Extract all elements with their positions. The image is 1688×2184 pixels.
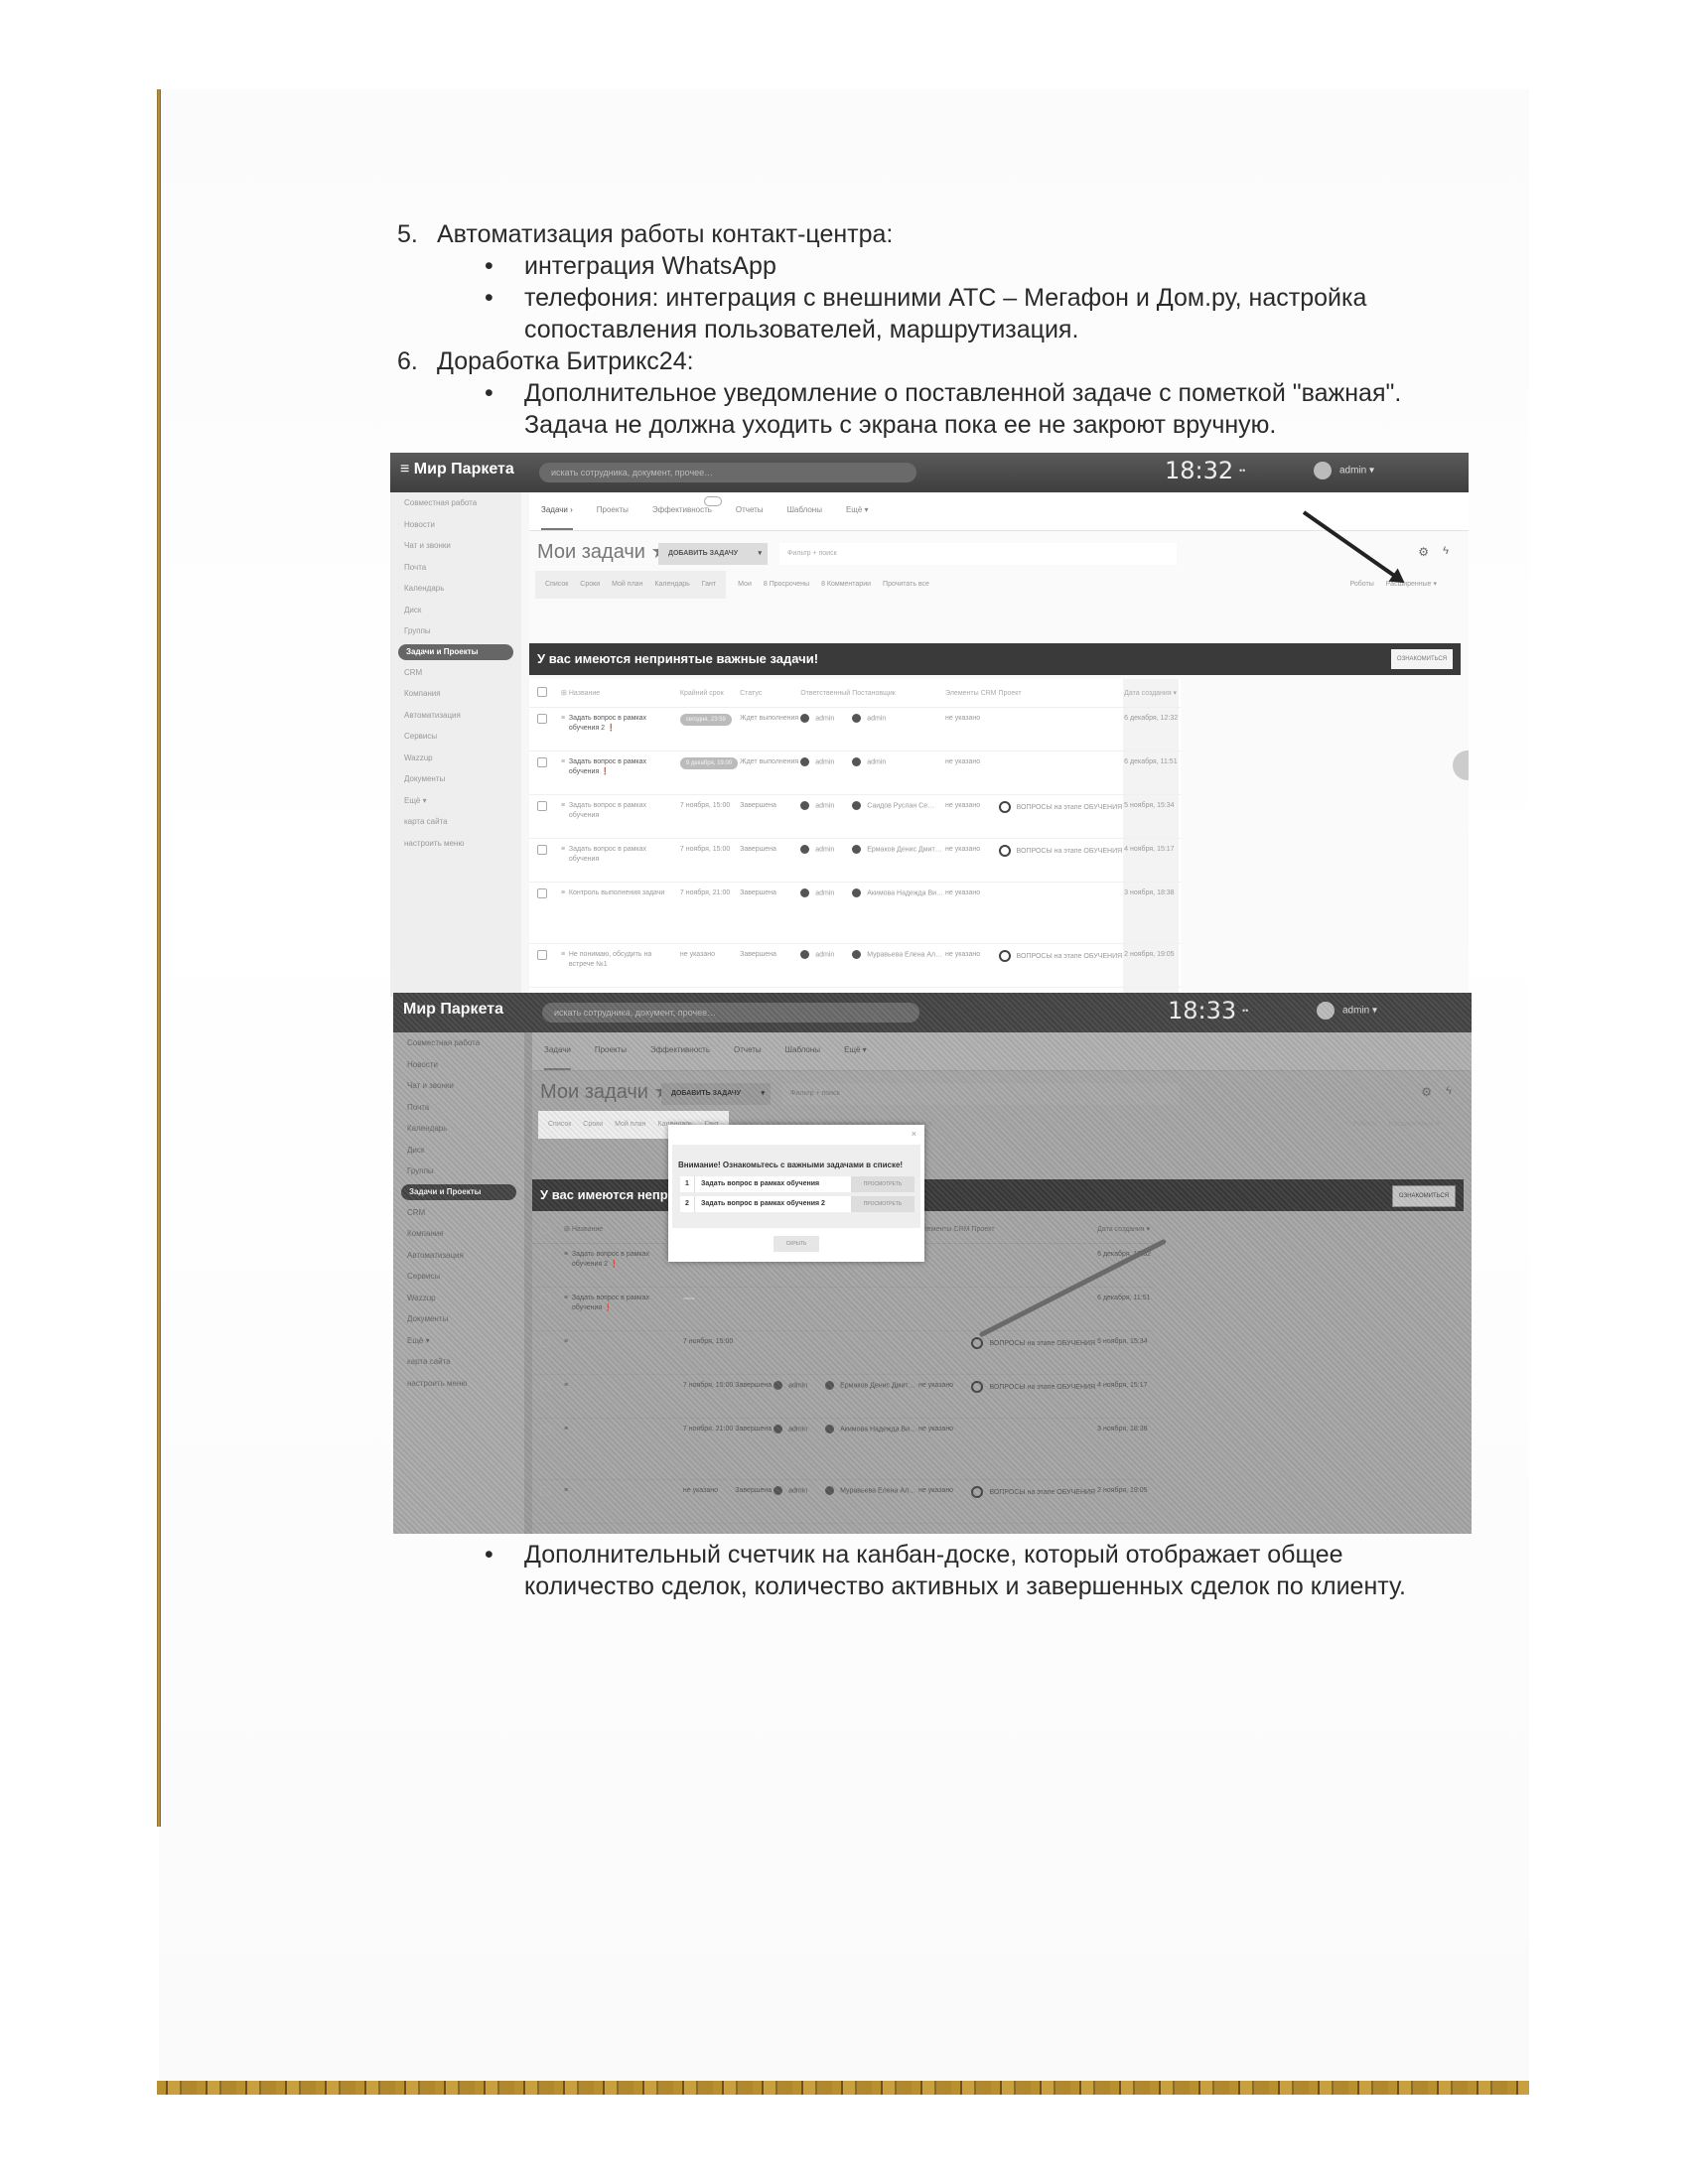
sidebar: Совместная работаНовостиЧат и звонкиПочт…: [393, 1032, 524, 1534]
menu-icon[interactable]: ≡: [563, 1480, 571, 1524]
project-icon: [971, 1337, 983, 1349]
task-crm: не указано: [944, 708, 997, 751]
tab-item[interactable]: Эффективность: [650, 1032, 710, 1068]
search-input[interactable]: искать сотрудника, документ, прочее…: [539, 463, 916, 482]
sidebar-item[interactable]: Автоматизация: [393, 1245, 524, 1267]
task-name[interactable]: [571, 1419, 682, 1480]
task-name[interactable]: Задать вопрос в рамках обучения: [568, 839, 679, 883]
task-deadline: 7 ноября, 15:00: [682, 1375, 734, 1419]
task-creator[interactable]: admin: [851, 751, 944, 795]
search-input[interactable]: искать сотрудника, документ, прочее…: [542, 1003, 919, 1023]
table-row[interactable]: ≡Задать вопрос в рамках обучения ❗9 дека…: [529, 751, 1181, 795]
view-switcher: СписокСрокиМой планКалендарьГантМои8 Про…: [529, 571, 1469, 599]
modal-body: Внимание! Ознакомьтесь с важными задачам…: [672, 1145, 920, 1228]
task-status: Ждет выполнения: [739, 708, 799, 751]
menu-icon[interactable]: ≡: [560, 944, 568, 988]
view-task-button[interactable]: ПРОСМОТРЕТЬ: [851, 1176, 914, 1192]
sidebar-item[interactable]: Автоматизация: [390, 705, 521, 727]
view-mode-tab[interactable]: Сроки: [583, 1111, 603, 1139]
task-name[interactable]: Задать вопрос в рамках обучения 2 ❗: [568, 708, 679, 751]
task-name[interactable]: Задать вопрос в рамках обучения ❗: [571, 1288, 682, 1331]
sidebar-item[interactable]: Чат и звонки: [390, 535, 521, 557]
task-project[interactable]: ВОПРОСЫ на этапе ОБУЧЕНИЯ: [970, 1375, 1096, 1419]
row-checkbox[interactable]: [529, 751, 560, 795]
avatar-icon: [800, 801, 809, 810]
task-responsible[interactable]: admin: [799, 751, 851, 795]
select-all-checkbox[interactable]: [529, 679, 560, 708]
task-crm: не указано: [944, 751, 997, 795]
checkbox-icon: [537, 714, 547, 724]
screenshot-important-modal: Мир Паркета искать сотрудника, документ,…: [393, 993, 1472, 1534]
project-name: ВОПРОСЫ на этапе ОБУЧЕНИЯ: [1017, 848, 1123, 855]
sidebar-item[interactable]: Новости: [393, 1054, 524, 1076]
sidebar-item[interactable]: Компания: [393, 1223, 524, 1245]
view-mode-tab[interactable]: Сроки: [580, 571, 600, 599]
menu-icon[interactable]: ≡: [560, 883, 568, 944]
task-responsible[interactable]: admin: [773, 1375, 824, 1419]
sidebar-item[interactable]: Совместная работа: [390, 492, 521, 514]
task-created: 4 ноября, 15:17: [1123, 839, 1179, 883]
sidebar-item[interactable]: Группы: [390, 620, 521, 642]
tab-item[interactable]: Проекты: [597, 492, 629, 528]
user-name: Акимова Надежда Ви…: [840, 1426, 916, 1433]
tab-item[interactable]: Задачи: [544, 1032, 571, 1070]
row-checkbox[interactable]: [529, 795, 560, 839]
table-row[interactable]: ≡Не понимаю, обсудить на встрече №1не ук…: [529, 944, 1181, 988]
task-deadline: 7 ноября, 15:00: [682, 1331, 734, 1375]
menu-icon[interactable]: ≡: [560, 795, 568, 839]
wood-edge-bottom: [157, 2081, 1529, 2095]
user-name: admin: [815, 889, 834, 896]
sidebar-item[interactable]: Ещё ▾: [390, 790, 521, 812]
task-status: Ждет выполнения: [739, 751, 799, 795]
task-name[interactable]: Не понимаю, обсудить на встрече №1: [568, 944, 679, 988]
avatar-icon: [1314, 462, 1332, 479]
main-content: Задачи ›ПроектыЭффективностьОтчетыШаблон…: [529, 492, 1469, 997]
task-project[interactable]: ВОПРОСЫ на этапе ОБУЧЕНИЯ: [970, 1480, 1096, 1524]
tab-item[interactable]: Задачи ›: [541, 492, 573, 530]
project-icon: [971, 1381, 983, 1393]
menu-icon[interactable]: ≡: [563, 1375, 571, 1419]
sidebar-item[interactable]: Сервисы: [390, 726, 521, 748]
list-item-6: 6. Доработка Битрикс24:: [397, 345, 1450, 377]
menu-icon[interactable]: ≡: [563, 1331, 571, 1375]
table-row[interactable]: ≡7 ноября, 21:00ЗавершенаadminАкимова На…: [532, 1419, 1154, 1480]
task-project[interactable]: ВОПРОСЫ на этапе ОБУЧЕНИЯ: [998, 944, 1124, 988]
row-checkbox[interactable]: [532, 1419, 563, 1480]
checkbox-icon: [537, 757, 547, 767]
extra-col: [1152, 1419, 1154, 1480]
view-mode-tab[interactable]: Гант: [702, 571, 716, 599]
task-deadline: 7 ноября, 21:00: [679, 883, 739, 944]
sidebar-item[interactable]: CRM: [393, 1202, 524, 1224]
clock-menu-icon[interactable]: ••: [1239, 466, 1245, 476]
checkbox-icon: [540, 1486, 550, 1496]
sidebar: Совместная работаНовостиЧат и звонкиПочт…: [390, 492, 521, 997]
row-checkbox[interactable]: [532, 1480, 563, 1524]
task-status: Завершена: [739, 883, 799, 944]
task-name[interactable]: [571, 1331, 682, 1375]
page-title: Мои задачи ★: [537, 539, 668, 564]
hide-button[interactable]: СКРЫТЬ: [774, 1236, 819, 1252]
project-icon: [999, 801, 1011, 813]
sidebar-item[interactable]: Календарь: [390, 578, 521, 600]
task-creator[interactable]: [824, 1331, 917, 1375]
user-name: Ермаков Денис Дмит…: [867, 846, 942, 853]
task-status: Завершена: [734, 1480, 773, 1524]
menu-icon[interactable]: ≡: [563, 1244, 571, 1288]
modal-task-row: 1Задать вопрос в рамках обучения ПРОСМОТ…: [680, 1176, 914, 1192]
page-title: Мои задачи ★: [540, 1079, 671, 1104]
view-mode-tab[interactable]: Мой план: [612, 571, 642, 599]
avatar-icon: [852, 801, 861, 810]
avatar-icon: [800, 888, 809, 897]
acknowledge-button[interactable]: ОЗНАКОМИТЬСЯ: [1391, 649, 1453, 669]
user-menu[interactable]: admin ▾: [1314, 462, 1374, 479]
task-deadline: 7 ноября, 21:00: [682, 1419, 734, 1480]
task-responsible[interactable]: admin: [799, 708, 851, 751]
bullet-text: интеграция WhatsApp: [524, 252, 776, 280]
task-creator[interactable]: Ермаков Денис Дмит…: [824, 1375, 917, 1419]
task-creator[interactable]: Саидов Руслан Се…: [851, 795, 944, 839]
task-created: 3 ноября, 18:38: [1123, 883, 1179, 944]
task-creator[interactable]: Акимова Надежда Ви…: [851, 883, 944, 944]
column-header[interactable]: Элементы CRM: [917, 1215, 970, 1244]
table-row[interactable]: ≡Контроль выполнения задачи7 ноября, 21:…: [529, 883, 1181, 944]
avatar-icon: [852, 757, 861, 766]
view-mode-tab[interactable]: Календарь: [654, 571, 689, 599]
row-checkbox[interactable]: [532, 1288, 563, 1331]
table-row[interactable]: ≡Задать вопрос в рамках обучения7 ноября…: [529, 839, 1181, 883]
column-header[interactable]: Крайний срок: [679, 679, 739, 708]
sidebar-item[interactable]: Группы: [393, 1160, 524, 1182]
task-name[interactable]: Задать вопрос в рамках обучения ❗: [568, 751, 679, 795]
task-crm: не указано: [917, 1419, 970, 1480]
task-responsible[interactable]: admin: [773, 1480, 824, 1524]
avatar-icon: [825, 1381, 834, 1390]
task-project[interactable]: [970, 1419, 1096, 1480]
sidebar-item[interactable]: Чат и звонки: [393, 1075, 524, 1097]
task-creator[interactable]: [824, 1288, 917, 1331]
task-responsible[interactable]: admin: [799, 944, 851, 988]
sidebar-item[interactable]: Почта: [390, 557, 521, 579]
avatar-icon: [825, 1425, 834, 1433]
sidebar-item[interactable]: Новости: [390, 514, 521, 536]
sidebar-item[interactable]: карта сайта: [393, 1351, 524, 1373]
task-name[interactable]: Задать вопрос в рамках обучения: [568, 795, 679, 839]
task-responsible[interactable]: admin: [799, 883, 851, 944]
modal-title: Внимание! Ознакомьтесь с важными задачам…: [678, 1160, 903, 1169]
table-row[interactable]: ≡Задать вопрос в рамках обучения7 ноября…: [529, 795, 1181, 839]
avatar-icon: [800, 714, 809, 723]
checkbox-icon: [537, 801, 547, 811]
menu-icon[interactable]: ≡: [563, 1288, 571, 1331]
row-checkbox[interactable]: [529, 883, 560, 944]
user-name: admin: [867, 715, 886, 722]
column-header[interactable]: Дата создания ▾: [1096, 1215, 1152, 1244]
sidebar-item[interactable]: карта сайта: [390, 811, 521, 833]
project-name: ВОПРОСЫ на этапе ОБУЧЕНИЯ: [989, 1489, 1095, 1496]
checkbox-icon: [540, 1223, 550, 1233]
add-task-button[interactable]: ДОБАВИТЬ ЗАДАЧУ: [658, 543, 768, 565]
avatar-icon: [852, 714, 861, 723]
row-checkbox[interactable]: [532, 1331, 563, 1375]
table-row[interactable]: ≡Задать вопрос в рамках обучения 2 ❗сего…: [529, 708, 1181, 751]
task-created: 6 декабря, 11:51: [1096, 1288, 1152, 1331]
counter-filter[interactable]: Мои: [738, 571, 752, 599]
project-name: ВОПРОСЫ на этапе ОБУЧЕНИЯ: [989, 1340, 1095, 1347]
view-mode-tab[interactable]: Мой план: [615, 1111, 645, 1139]
column-header[interactable]: Ответственный: [799, 679, 851, 708]
tab-item[interactable]: Ещё ▾: [846, 492, 869, 528]
tab-item[interactable]: Эффективность: [652, 492, 712, 528]
checkbox-icon: [537, 950, 547, 960]
bullet-item: • интеграция WhatsApp: [397, 250, 1450, 282]
extra-col: [1152, 1331, 1154, 1375]
tasks-tabs: ЗадачиПроектыЭффективностьОтчетыШаблоныЕ…: [532, 1032, 1472, 1071]
counter-filter[interactable]: 8 Комментарии: [821, 571, 871, 599]
scroll-right-button[interactable]: [1453, 751, 1469, 780]
filter-search-input[interactable]: Фильтр + поиск: [782, 1083, 1180, 1105]
tasks-table: ⊞НазваниеКрайний срокСтатусОтветственный…: [529, 679, 1181, 997]
view-mode-tab[interactable]: Список: [545, 571, 568, 599]
table-row[interactable]: ≡7 ноября, 15:00ЗавершенаadminЕрмаков Де…: [532, 1375, 1154, 1419]
task-project[interactable]: ВОПРОСЫ на этапе ОБУЧЕНИЯ: [998, 839, 1124, 883]
task-status: [734, 1288, 773, 1331]
task-status: [734, 1331, 773, 1375]
table-row[interactable]: ≡не указаноЗавершенаadminМуравьева Елена…: [532, 1480, 1154, 1524]
view-task-button[interactable]: ПРОСМОТРЕТЬ: [851, 1196, 914, 1212]
task-created: 3 ноября, 18:38: [1096, 1419, 1152, 1480]
table-header: ⊞НазваниеКрайний срокСтатусОтветственный…: [529, 679, 1181, 708]
sidebar-item[interactable]: Документы: [390, 768, 521, 790]
gear-icon[interactable]: ⚙: [1421, 1085, 1432, 1099]
user-name: admin: [788, 1487, 807, 1494]
task-crm: [917, 1244, 970, 1288]
sidebar-item[interactable]: Диск: [393, 1140, 524, 1161]
task-crm: [917, 1288, 970, 1331]
column-header[interactable]: Дата создания ▾: [1123, 679, 1179, 708]
bullet-text: Дополнительный счетчик на канбан-доске, …: [524, 1541, 1406, 1600]
view-mode-tab[interactable]: Список: [548, 1111, 571, 1139]
control-button[interactable]: Роботы: [1349, 571, 1373, 599]
right-controls: РоботыРасширенные ▾: [1346, 1111, 1446, 1139]
task-status: Завершена: [739, 944, 799, 988]
menu-icon[interactable]: ≡: [560, 708, 568, 751]
task-deadline: не указано: [679, 944, 739, 988]
task-created: 5 ноября, 15:34: [1096, 1331, 1152, 1375]
gear-icon[interactable]: ⚙: [1418, 545, 1429, 559]
task-deadline: сегодня, 23:59: [679, 708, 739, 751]
sidebar-item[interactable]: Сервисы: [393, 1266, 524, 1288]
flash-icon[interactable]: ϟ: [1446, 1085, 1452, 1097]
list-item-5: 5. Автоматизация работы контакт-центра:: [397, 218, 1450, 250]
avatar-icon: [852, 950, 861, 959]
task-project[interactable]: [998, 883, 1124, 944]
menu-icon[interactable]: ≡: [560, 839, 568, 883]
screenshot-tasks-alert: ≡ Мир Паркета искать сотрудника, докумен…: [390, 453, 1469, 997]
task-responsible[interactable]: [773, 1331, 824, 1375]
checkbox-icon: [540, 1337, 550, 1347]
project-name: ВОПРОСЫ на этапе ОБУЧЕНИЯ: [989, 1384, 1095, 1391]
sidebar-item[interactable]: Задачи и Проекты: [401, 1184, 516, 1200]
item-number: 5.: [397, 218, 418, 250]
sidebar-item[interactable]: Wazzup: [390, 748, 521, 769]
user-name: Акимова Надежда Ви…: [867, 889, 943, 896]
acknowledge-button[interactable]: ОЗНАКОМИТЬСЯ: [1392, 1185, 1456, 1207]
column-header[interactable]: Название: [568, 679, 679, 708]
column-header[interactable]: Постановщик: [851, 679, 944, 708]
column-header[interactable]: Проект: [970, 1215, 1096, 1244]
checkbox-icon: [537, 888, 547, 898]
document-body: 5. Автоматизация работы контакт-центра: …: [397, 218, 1450, 441]
sidebar-item[interactable]: Почта: [393, 1097, 524, 1119]
row-checkbox[interactable]: [532, 1375, 563, 1419]
close-icon[interactable]: ×: [912, 1129, 916, 1139]
task-project[interactable]: ВОПРОСЫ на этапе ОБУЧЕНИЯ: [970, 1331, 1096, 1375]
tab-item[interactable]: Отчеты: [734, 1032, 762, 1068]
task-number: 2: [680, 1196, 695, 1212]
extra-col: [1179, 883, 1181, 944]
flash-icon[interactable]: ϟ: [1443, 545, 1449, 557]
tab-item[interactable]: Шаблоны: [785, 1032, 820, 1068]
table-row[interactable]: ≡7 ноября, 15:00ВОПРОСЫ на этапе ОБУЧЕНИ…: [532, 1331, 1154, 1375]
task-project[interactable]: [998, 751, 1124, 795]
sidebar-item[interactable]: Wazzup: [393, 1288, 524, 1309]
user-name: Муравьева Елена Ал…: [840, 1487, 915, 1494]
deadline-badge: [683, 1297, 695, 1299]
task-name[interactable]: Задать вопрос в рамках обучения 2 ❗: [571, 1244, 682, 1288]
sidebar-item[interactable]: Ещё ▾: [393, 1330, 524, 1352]
task-name[interactable]: Контроль выполнения задачи: [568, 883, 679, 944]
sidebar-item[interactable]: Совместная работа: [393, 1032, 524, 1054]
wood-edge-left: [157, 89, 161, 1827]
column-header[interactable]: Название: [571, 1215, 682, 1244]
task-project[interactable]: ВОПРОСЫ на этапе ОБУЧЕНИЯ: [998, 795, 1124, 839]
task-creator[interactable]: Ермаков Денис Дмит…: [851, 839, 944, 883]
pin-column: ⊞: [560, 679, 568, 708]
task-number: 1: [680, 1176, 695, 1192]
menu-icon[interactable]: ≡: [560, 751, 568, 795]
task-crm: не указано: [917, 1480, 970, 1524]
tab-item[interactable]: Ещё ▾: [844, 1032, 867, 1068]
avatar-icon: [825, 1486, 834, 1495]
task-creator[interactable]: Муравьева Елена Ал…: [851, 944, 944, 988]
counter-filter[interactable]: Прочитать все: [883, 571, 929, 599]
tab-item[interactable]: Шаблоны: [787, 492, 822, 528]
project-icon: [971, 1486, 983, 1498]
new-badge-icon: [702, 1036, 720, 1046]
sidebar-item[interactable]: Задачи и Проекты: [398, 644, 513, 660]
user-name: admin: [815, 951, 834, 958]
modal-task-row: 2Задать вопрос в рамках обучения 2 ПРОСМ…: [680, 1196, 914, 1212]
sidebar-item[interactable]: CRM: [390, 662, 521, 684]
task-deadline: 9 декабря, 19:00: [679, 751, 739, 795]
tab-item[interactable]: Отчеты: [736, 492, 764, 528]
clock: 18:33: [1168, 997, 1236, 1024]
task-responsible[interactable]: admin: [799, 795, 851, 839]
task-crm: не указано: [917, 1375, 970, 1419]
task-name[interactable]: [571, 1480, 682, 1524]
project-icon: [999, 845, 1011, 857]
view-modes: СписокСрокиМой планКалендарьГант: [535, 571, 726, 599]
counter-filter[interactable]: 8 Просрочены: [764, 571, 809, 599]
bullet-text: Дополнительное уведомление о поставленно…: [524, 379, 1401, 439]
task-creator[interactable]: admin: [851, 708, 944, 751]
row-checkbox[interactable]: [529, 708, 560, 751]
avatar-icon: [852, 845, 861, 854]
task-crm: [917, 1331, 970, 1375]
task-responsible[interactable]: [773, 1288, 824, 1331]
title-row: Мои задачи ★ ДОБАВИТЬ ЗАДАЧУ Фильтр + по…: [532, 1071, 1472, 1111]
sidebar-item[interactable]: Документы: [393, 1308, 524, 1330]
important-tasks-modal: × Внимание! Ознакомьтесь с важными задач…: [668, 1125, 924, 1262]
task-responsible[interactable]: admin: [773, 1419, 824, 1480]
add-task-button[interactable]: ДОБАВИТЬ ЗАДАЧУ: [661, 1083, 771, 1105]
user-name: admin: [815, 758, 834, 765]
clock-menu-icon[interactable]: ••: [1242, 1006, 1248, 1016]
task-created: 2 ноября, 19:05: [1123, 944, 1179, 988]
extra-col: [1152, 1375, 1154, 1419]
column-header: [1152, 1215, 1154, 1244]
user-name: Ермаков Денис Дмит…: [840, 1382, 915, 1389]
task-creator[interactable]: Муравьева Елена Ал…: [824, 1480, 917, 1524]
avatar-icon: [852, 888, 861, 897]
task-project[interactable]: [970, 1244, 1096, 1288]
task-name[interactable]: [571, 1375, 682, 1419]
sidebar-item[interactable]: Календарь: [393, 1118, 524, 1140]
sidebar-item[interactable]: настроить меню: [393, 1373, 524, 1395]
sidebar-item[interactable]: Диск: [390, 600, 521, 621]
task-crm: не указано: [944, 883, 997, 944]
column-header[interactable]: Статус: [739, 679, 799, 708]
control-button[interactable]: Роботы: [1352, 1111, 1376, 1139]
row-checkbox[interactable]: [529, 839, 560, 883]
row-checkbox[interactable]: [529, 944, 560, 988]
item-text: Автоматизация работы контакт-центра:: [437, 220, 893, 248]
column-header[interactable]: Элементы CRM: [944, 679, 997, 708]
task-created: 2 ноября, 19:05: [1096, 1480, 1152, 1524]
column-header[interactable]: Проект: [998, 679, 1124, 708]
pin-column: ⊞: [563, 1215, 571, 1244]
bullet-item: • телефония: интеграция с внешними АТС –…: [397, 282, 1450, 345]
sidebar-item[interactable]: настроить меню: [390, 833, 521, 855]
extra-col: [1179, 795, 1181, 839]
control-button[interactable]: Расширенные ▾: [1389, 1111, 1440, 1139]
user-menu[interactable]: admin ▾: [1317, 1002, 1377, 1020]
select-all-checkbox[interactable]: [532, 1215, 563, 1244]
tab-item[interactable]: Проекты: [595, 1032, 627, 1068]
task-name: Задать вопрос в рамках обучения: [701, 1180, 819, 1187]
avatar-icon: [800, 950, 809, 959]
checkbox-icon: [540, 1250, 550, 1260]
new-badge-icon: [704, 496, 722, 506]
task-creator[interactable]: Акимова Надежда Ви…: [824, 1419, 917, 1480]
task-responsible[interactable]: admin: [799, 839, 851, 883]
sidebar-item[interactable]: Компания: [390, 683, 521, 705]
project-name: ВОПРОСЫ на этапе ОБУЧЕНИЯ: [1017, 953, 1123, 960]
task-project[interactable]: [998, 708, 1124, 751]
avatar-icon: [1317, 1002, 1335, 1020]
filter-search-input[interactable]: Фильтр + поиск: [779, 543, 1177, 565]
checkbox-icon: [540, 1425, 550, 1434]
extra-col: [1179, 944, 1181, 988]
row-checkbox[interactable]: [532, 1244, 563, 1288]
task-deadline: 7 ноября, 15:00: [679, 839, 739, 883]
document-body-bottom: • Дополнительный счетчик на канбан-доске…: [397, 1539, 1450, 1602]
menu-icon[interactable]: ≡: [563, 1419, 571, 1480]
project-name: ВОПРОСЫ на этапе ОБУЧЕНИЯ: [1017, 804, 1123, 811]
